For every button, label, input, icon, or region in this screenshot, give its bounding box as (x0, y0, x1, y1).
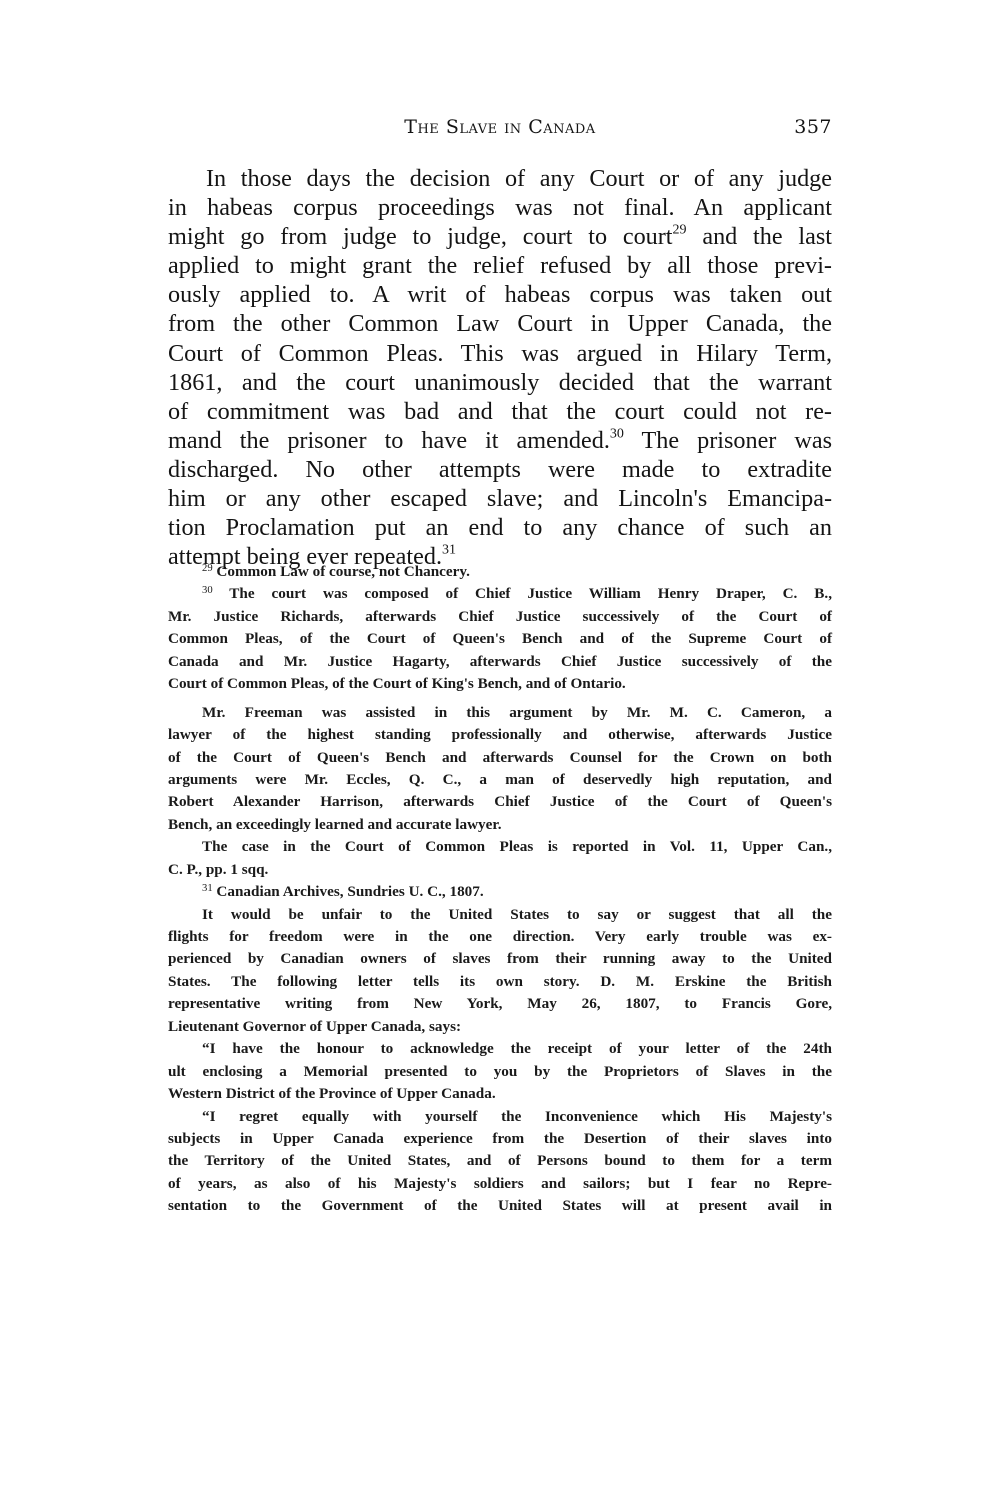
footnote-line: of years, as also of his Majesty's soldi… (168, 1173, 832, 1195)
text-line: might go from judge to judge, court to c… (168, 222, 832, 251)
footnote-line: arguments were Mr. Eccles, Q. C., a man … (168, 769, 832, 791)
book-page: The Slave in Canada 357 In those days th… (0, 0, 1000, 1507)
footnote-29: 29 Common Law of course, not Chancery. (168, 561, 832, 583)
text-line: mand the prisoner to have it amended.30 … (168, 426, 832, 455)
footnote-line: C. P., pp. 1 sqq. (168, 859, 832, 881)
footnote-line: Mr. Justice Richards, afterwards Chief J… (168, 606, 832, 628)
footnote-marker: 30 (202, 586, 213, 597)
footnote-line: It would be unfair to the United States … (168, 904, 832, 926)
footnote-line: “I regret equally with yourself the Inco… (168, 1106, 832, 1128)
text-line: from the other Common Law Court in Upper… (168, 309, 832, 338)
footnote-marker: 31 (202, 883, 213, 894)
main-paragraph: In those days the decision of any Court … (168, 164, 832, 571)
text-line: tion Proclamation put an end to any chan… (168, 513, 832, 542)
footnote-30: 30 The court was composed of Chief Justi… (168, 583, 832, 605)
footnote-line: The case in the Court of Common Pleas is… (168, 836, 832, 858)
footnotes: 29 Common Law of course, not Chancery. 3… (168, 561, 832, 1218)
footnote-line: lawyer of the highest standing professio… (168, 724, 832, 746)
page-number: 357 (794, 116, 832, 138)
text-line: Court of Common Pleas. This was argued i… (168, 339, 832, 368)
running-header: The Slave in Canada 357 (168, 114, 832, 144)
footnote-ref-31[interactable]: 31 (442, 542, 456, 558)
footnote-line: sentation to the Government of the Unite… (168, 1195, 832, 1217)
footnote-line: Canada and Mr. Justice Hagarty, afterwar… (168, 651, 832, 673)
footnote-line: Bench, an exceedingly learned and accura… (168, 814, 832, 836)
text-line: applied to might grant the relief refuse… (168, 251, 832, 280)
text-line: of commitment was bad and that the court… (168, 397, 832, 426)
text-line: in habeas corpus proceedings was not fin… (168, 193, 832, 222)
footnote-line: Mr. Freeman was assisted in this argumen… (168, 702, 832, 724)
text-line: discharged. No other attempts were made … (168, 455, 832, 484)
text-line: In those days the decision of any Court … (168, 164, 832, 193)
footnote-line: ult enclosing a Memorial presented to yo… (168, 1061, 832, 1083)
footnote-line: perienced by Canadian owners of slaves f… (168, 948, 832, 970)
text-line: 1861, and the court unanimously decided … (168, 368, 832, 397)
text-line: ously applied to. A writ of habeas corpu… (168, 280, 832, 309)
footnote-line: States. The following letter tells its o… (168, 971, 832, 993)
footnote-line: flights for freedom were in the one dire… (168, 926, 832, 948)
footnote-ref-29[interactable]: 29 (673, 222, 687, 238)
footnote-line: Lieutenant Governor of Upper Canada, say… (168, 1016, 832, 1038)
footnote-ref-30[interactable]: 30 (610, 425, 624, 441)
footnote-line: Western District of the Province of Uppe… (168, 1083, 832, 1105)
footnote-line: of the Court of Queen's Bench and afterw… (168, 747, 832, 769)
footnote-line: Robert Alexander Harrison, afterwards Ch… (168, 791, 832, 813)
text-line: him or any other escaped slave; and Linc… (168, 484, 832, 513)
running-title: The Slave in Canada (168, 116, 832, 138)
footnote-line: the Territory of the United States, and … (168, 1150, 832, 1172)
footnote-line: representative writing from New York, Ma… (168, 993, 832, 1015)
footnote-line: “I have the honour to acknowledge the re… (168, 1038, 832, 1060)
footnote-31: 31 Canadian Archives, Sundries U. C., 18… (168, 881, 832, 903)
footnote-marker: 29 (202, 563, 213, 574)
footnote-line: Common Pleas, of the Court of Queen's Be… (168, 628, 832, 650)
footnote-line: Court of Common Pleas, of the Court of K… (168, 673, 832, 695)
footnote-line: subjects in Upper Canada experience from… (168, 1128, 832, 1150)
